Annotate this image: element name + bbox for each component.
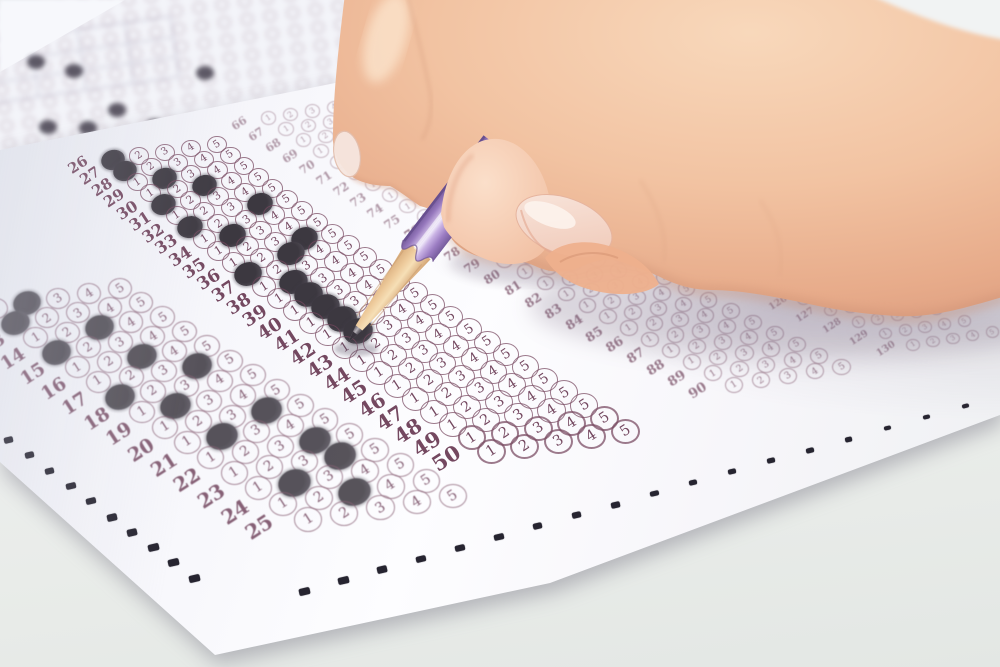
- photo-scene: 1112345121234513123451412345151234516123…: [0, 0, 1000, 667]
- hand: [330, 0, 1000, 317]
- hand-silhouette: [333, 0, 1000, 316]
- hand-and-pencil: [0, 0, 1000, 667]
